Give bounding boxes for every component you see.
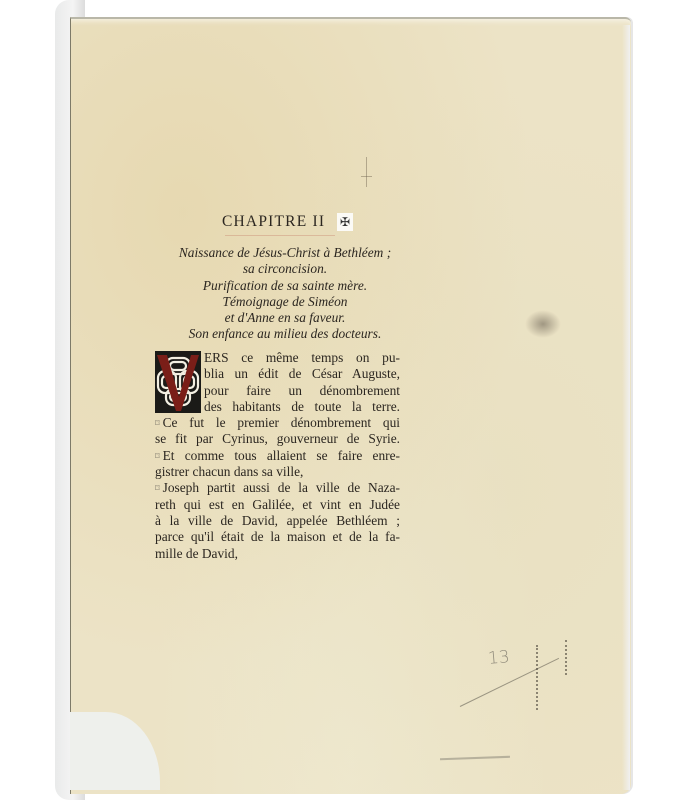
body-line-text: blia un édit de César Auguste, xyxy=(204,366,400,381)
title-underline xyxy=(225,235,335,236)
body-line: mille de David, xyxy=(155,546,400,562)
pencil-cross-mark-bar xyxy=(361,176,372,177)
body-line-text: Joseph partit aussi de la ville de Naza- xyxy=(163,480,400,495)
body-line-text: ERS ce même temps on pu- xyxy=(204,350,400,365)
body-line-text: Et comme tous allaient se faire enre- xyxy=(163,448,400,463)
chapter-title: CHAPITRE II xyxy=(222,213,325,231)
body-line-text: gistrer chacun dans sa ville, xyxy=(155,464,303,479)
body-line-text: pour faire un dénombrement xyxy=(204,383,400,398)
ink-smudge xyxy=(525,310,561,338)
pencil-scribble xyxy=(536,645,542,710)
body-line: ⌑Ce fut le premier dénombrement qui xyxy=(155,415,400,431)
body-paragraph: ERS ce même temps on pu- blia un édit de… xyxy=(155,350,400,562)
body-line: parce qu'il était de la maison et de la … xyxy=(155,529,400,545)
summary-line: et d'Anne en sa faveur. xyxy=(150,310,420,326)
summary-line: sa circoncision. xyxy=(150,261,420,277)
summary-line: Témoignage de Siméon xyxy=(150,294,420,310)
body-line: gistrer chacun dans sa ville, xyxy=(155,464,400,480)
summary-line: Purification de sa sainte mère. xyxy=(150,278,420,294)
pencil-scribble xyxy=(565,640,571,675)
verse-mark-icon: ⌑ xyxy=(155,416,160,432)
body-line-text: des habitants de toute la terre. xyxy=(204,399,400,414)
page-right-edge xyxy=(622,25,630,790)
pencil-page-number: 13 xyxy=(487,647,510,669)
body-line: ⌑Et comme tous allaient se faire enre- xyxy=(155,448,400,464)
summary-line: Son enfance au milieu des docteurs. xyxy=(150,326,420,342)
body-line-text: à la ville de David, appelée Bethléem ; xyxy=(155,513,400,528)
summary-line: Naissance de Jésus-Christ à Bethléem ; xyxy=(150,245,420,261)
body-line: blia un édit de César Auguste, xyxy=(155,366,400,382)
body-line: pour faire un dénombrement xyxy=(155,383,400,399)
body-line-text: Ce fut le premier dénombrement qui xyxy=(163,415,400,430)
cross-ornament-icon: ✠ xyxy=(337,213,353,231)
pencil-cross-mark xyxy=(366,157,367,187)
verse-mark-icon: ⌑ xyxy=(155,481,160,497)
body-line-text: parce qu'il était de la maison et de la … xyxy=(155,529,400,544)
body-line-text: se fit par Cyrinus, gouverneur de Syrie. xyxy=(155,431,400,446)
verse-mark-icon: ⌑ xyxy=(155,449,160,465)
body-line-text: reth qui est en Galilée, et vint en Judé… xyxy=(155,497,400,512)
body-line-text: mille de David, xyxy=(155,546,238,561)
body-line: reth qui est en Galilée, et vint en Judé… xyxy=(155,497,400,513)
body-line: à la ville de David, appelée Bethléem ; xyxy=(155,513,400,529)
body-line: ⌑Joseph partit aussi de la ville de Naza… xyxy=(155,480,400,496)
body-line: des habitants de toute la terre. xyxy=(155,399,400,415)
body-line: ERS ce même temps on pu- xyxy=(155,350,400,366)
body-line: se fit par Cyrinus, gouverneur de Syrie. xyxy=(155,431,400,447)
chapter-summary: Naissance de Jésus-Christ à Bethléem ; s… xyxy=(150,245,420,343)
